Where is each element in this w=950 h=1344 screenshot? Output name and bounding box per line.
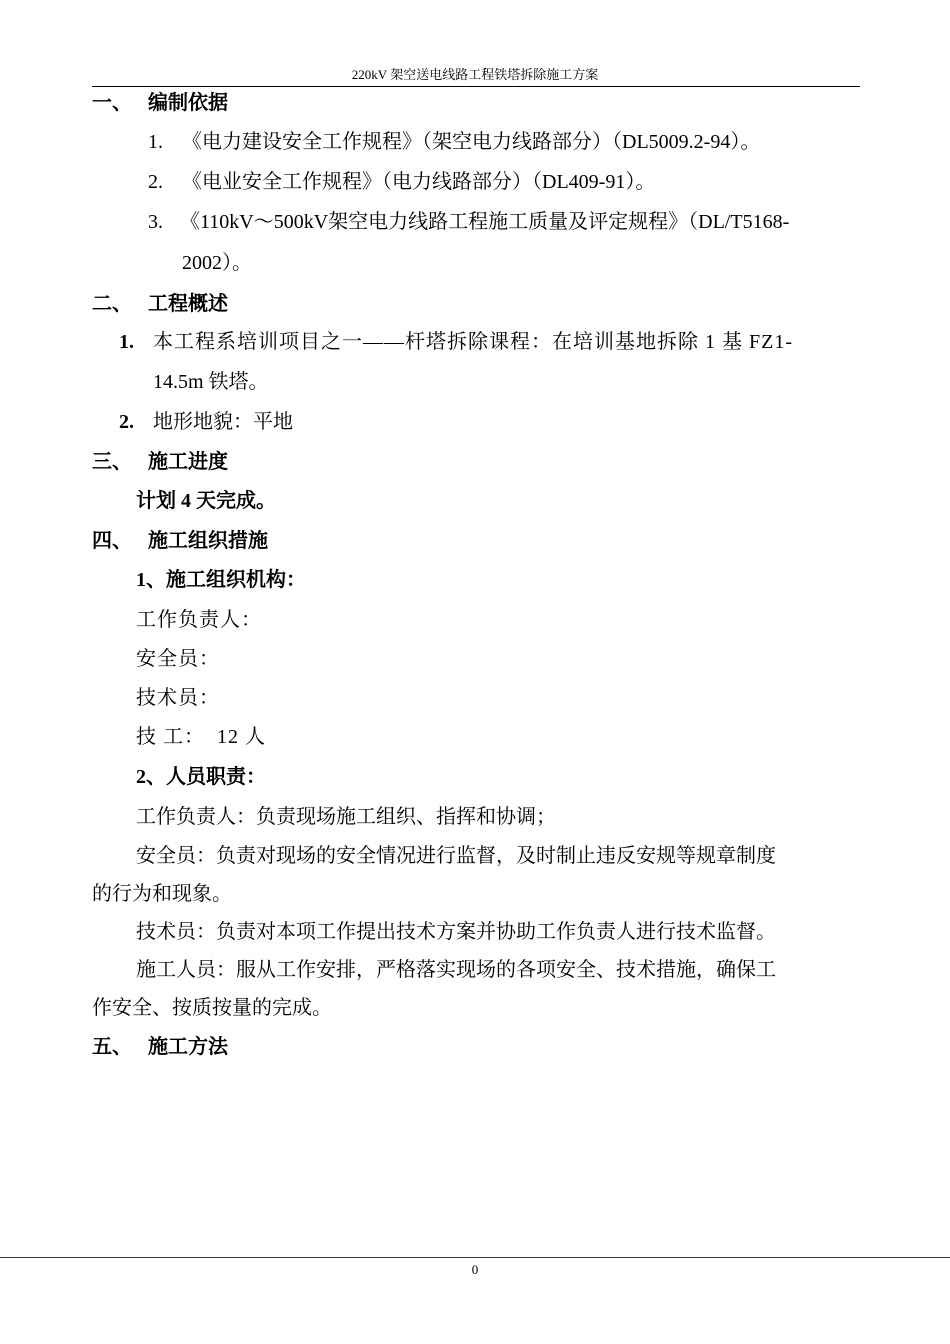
item-text: 本工程系培训项目之一——杆塔拆除课程：在培训基地拆除 1 基 FZ1- — [153, 331, 793, 353]
org-role-workers: 技 工： 12 人 — [136, 725, 266, 749]
section-number: 二、 — [92, 292, 148, 316]
org-role-technician: 技术员： — [136, 686, 220, 710]
item-number: 2. — [148, 170, 182, 194]
subsection-heading-organization: 1、施工组织机构： — [136, 568, 306, 592]
header-title: 220kV 架空送电线路工程铁塔拆除施工方案 — [0, 67, 950, 83]
section-number: 四、 — [92, 529, 148, 553]
section-heading-4: 四、施工组织措施 — [92, 529, 268, 553]
overview-item-2: 2.地形地貌：平地 — [119, 410, 293, 434]
section-title: 编制依据 — [148, 92, 228, 114]
reference-item-3: 3.《110kV～500kV架空电力线路工程施工质量及评定规程》（DL/T516… — [148, 210, 789, 234]
section-title: 施工组织措施 — [148, 530, 268, 552]
section-number: 五、 — [92, 1035, 148, 1059]
duty-technician: 技术员：负责对本项工作提出技术方案并协助工作负责人进行技术监督。 — [136, 920, 776, 944]
item-number: 3. — [148, 210, 180, 234]
item-text: 地形地貌：平地 — [153, 411, 293, 433]
item-text: 《电业安全工作规程》（电力线路部分）（DL409-91）。 — [182, 171, 655, 193]
section-number: 一、 — [92, 91, 148, 115]
item-number: 2. — [119, 410, 153, 434]
page-number: 0 — [0, 1262, 950, 1278]
org-role-safety: 安全员： — [136, 647, 220, 671]
item-number: 1. — [119, 330, 153, 354]
reference-item-2: 2.《电业安全工作规程》（电力线路部分）（DL409-91）。 — [148, 170, 655, 194]
overview-item-1: 1.本工程系培训项目之一——杆塔拆除课程：在培训基地拆除 1 基 FZ1- — [119, 330, 793, 354]
item-number: 1. — [148, 130, 182, 154]
overview-item-1-continued: 14.5m 铁塔。 — [153, 370, 269, 394]
section-title: 施工方法 — [148, 1036, 228, 1058]
footer-divider — [0, 1257, 950, 1258]
section-heading-1: 一、编制依据 — [92, 91, 228, 115]
duty-leader: 工作负责人：负责现场施工组织、指挥和协调； — [136, 805, 556, 829]
section-heading-5: 五、施工方法 — [92, 1035, 228, 1059]
subsection-heading-duties: 2、人员职责： — [136, 765, 266, 789]
schedule-text: 计划 4 天完成。 — [136, 489, 276, 513]
section-heading-3: 三、施工进度 — [92, 450, 228, 474]
section-number: 三、 — [92, 450, 148, 474]
duty-safety: 安全员：负责对现场的安全情况进行监督，及时制止违反安规等规章制度 — [136, 844, 776, 868]
duty-workers: 施工人员：服从工作安排，严格落实现场的各项安全、技术措施，确保工 — [136, 958, 776, 982]
item-text: 《110kV～500kV架空电力线路工程施工质量及评定规程》（DL/T5168- — [180, 211, 789, 233]
header-divider — [92, 86, 860, 87]
org-role-leader: 工作负责人： — [136, 608, 262, 632]
duty-workers-continued: 作安全、按质按量的完成。 — [92, 996, 332, 1020]
section-title: 施工进度 — [148, 451, 228, 473]
item-text: 《电力建设安全工作规程》（架空电力线路部分）（DL5009.2-94）。 — [182, 131, 760, 153]
reference-item-3-continued: 2002）。 — [182, 251, 252, 275]
section-title: 工程概述 — [148, 293, 228, 315]
reference-item-1: 1.《电力建设安全工作规程》（架空电力线路部分）（DL5009.2-94）。 — [148, 130, 760, 154]
duty-safety-continued: 的行为和现象。 — [92, 882, 232, 906]
section-heading-2: 二、工程概述 — [92, 292, 228, 316]
